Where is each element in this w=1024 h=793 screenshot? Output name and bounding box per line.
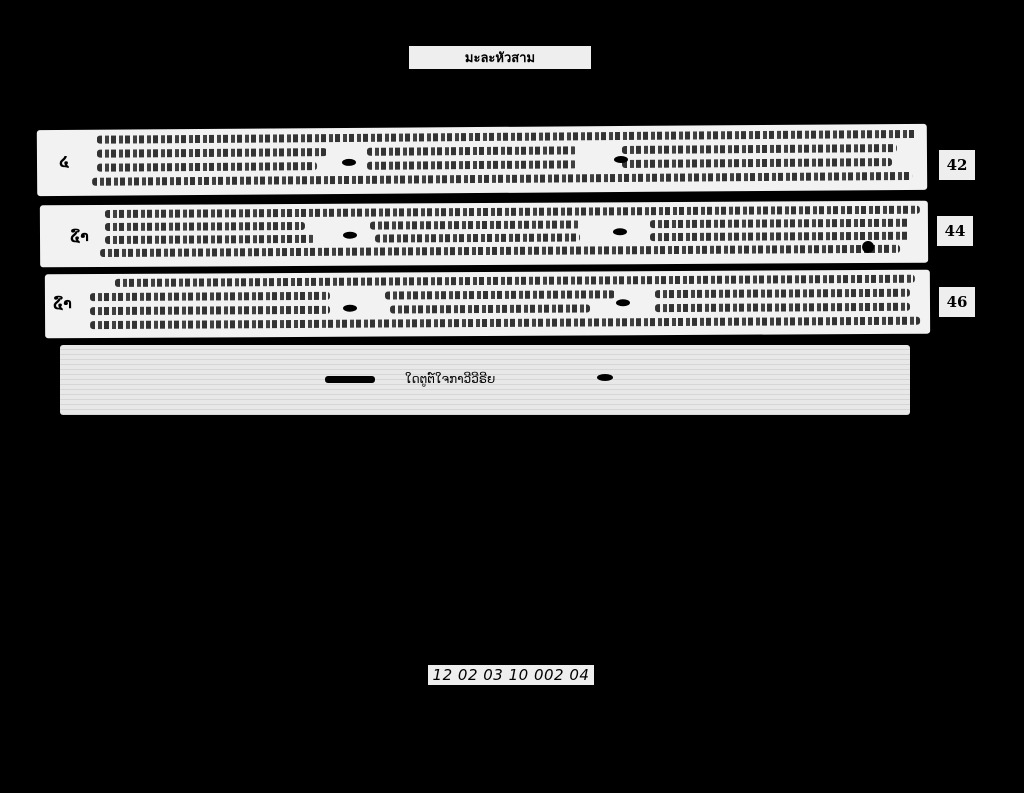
script-line [390,304,590,313]
palm-leaf-page-44: ໔ົາ [40,201,928,268]
binding-hole [597,374,613,381]
script-line [367,146,577,155]
script-line [90,317,920,329]
page-number-label: 44 [937,216,973,246]
binding-hole [613,228,627,235]
script-line [367,160,577,169]
margin-mark: ໔ [59,154,69,170]
page-number-label: 42 [939,150,975,180]
binding-hole [616,299,630,306]
script-line [105,235,315,244]
binding-hole [342,159,356,166]
script-line [385,290,615,299]
script-line [115,275,915,287]
archive-code-label: 12 02 03 10 002 04 [428,665,594,685]
script-line [650,219,910,228]
binding-hole [325,376,375,383]
palm-leaf-page-42: ໔ [37,124,927,196]
script-line [650,232,910,241]
script-line [370,220,580,229]
binding-hole [343,305,357,312]
palm-leaf-page-46: ໔ົາ [45,270,930,339]
margin-mark: ໔ົາ [70,229,89,245]
script-line [97,130,917,144]
binding-hole [614,156,628,163]
script-line [375,233,580,242]
script-line [105,222,305,231]
script-line [92,172,912,186]
binding-hole [862,241,874,253]
script-line [100,245,900,257]
binding-hole [343,232,357,239]
manuscript-title-label: มะละหัวสาม [409,46,591,69]
script-line [90,306,330,315]
script-line [655,289,910,298]
script-line [655,303,910,312]
script-line [90,292,330,301]
script-line [622,144,897,154]
page-number-label: 46 [939,287,975,317]
leaf-title-text: ໃດຕູຕ໌ໃຈກາວີວີຣີຍ [405,372,495,386]
script-line [97,148,327,158]
script-line [622,158,892,168]
script-line [97,162,317,172]
script-line [105,206,920,218]
palm-leaf-blank: ໃດຕູຕ໌ໃຈກາວີວີຣີຍ [60,345,910,415]
margin-mark: ໔ົາ [53,296,72,312]
